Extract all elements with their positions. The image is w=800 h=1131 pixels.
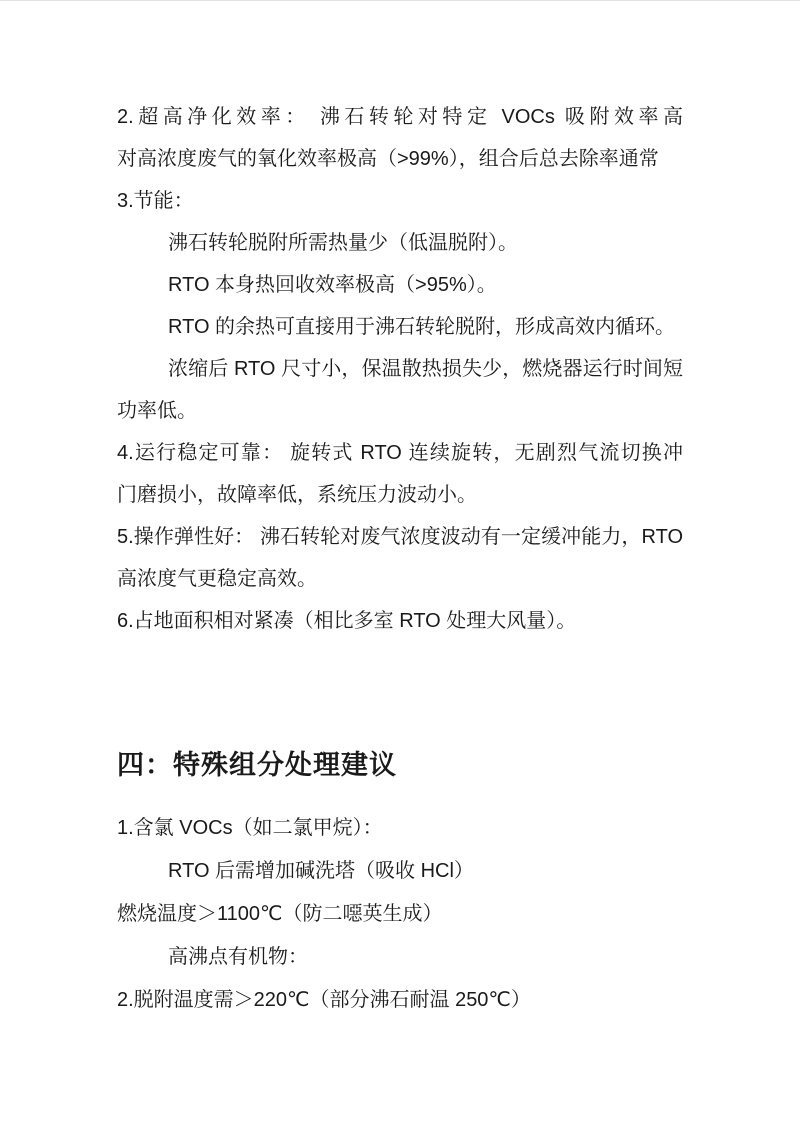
list-item-energy-2: RTO 本身热回收效率极高（>95%）。 bbox=[117, 264, 683, 306]
paragraph-line-efficiency-2: 对高浓度废气的氧化效率极高（>99%），组合后总去除率通常>99%。 bbox=[117, 138, 683, 180]
paragraph-line-high-boiling: 高沸点有机物： bbox=[117, 936, 683, 979]
paragraph-line-efficiency-1: 2.超高净化效率： 沸石转轮对特定 VOCs 吸附效率高（>90%），RTO bbox=[117, 96, 683, 138]
document-body: 2.超高净化效率： 沸石转轮对特定 VOCs 吸附效率高（>90%），RTO 对… bbox=[117, 96, 683, 1022]
paragraph-line-stability-2: 门磨损小，故障率低，系统压力波动小。 bbox=[117, 474, 683, 516]
paragraph-line-stability-1: 4.运行稳定可靠： 旋转式 RTO 连续旋转，无剧烈气流切换冲击，阀 bbox=[117, 432, 683, 474]
paragraph-line-chlorinated-vocs: 1.含氯 VOCs（如二氯甲烷）： bbox=[117, 807, 683, 850]
list-item-caustic-scrubber: RTO 后需增加碱洗塔（吸收 HCl） bbox=[117, 850, 683, 893]
paragraph-line-footprint: 6.占地面积相对紧凑（相比多室 RTO 处理大风量）。 bbox=[117, 600, 683, 642]
paragraph-line-combustion-temp: 燃烧温度＞1100℃（防二噁英生成） bbox=[117, 893, 683, 936]
section-heading: 四：特殊组分处理建议 bbox=[117, 743, 683, 787]
list-item-energy-3: RTO 的余热可直接用于沸石转轮脱附，形成高效内循环。 bbox=[117, 306, 683, 348]
section-special-components: 1.含氯 VOCs（如二氯甲烷）： RTO 后需增加碱洗塔（吸收 HCl） 燃烧… bbox=[117, 807, 683, 1022]
list-item-energy-1: 沸石转轮脱附所需热量少（低温脱附）。 bbox=[117, 222, 683, 264]
paragraph-line-flexibility-2: 高浓度气更稳定高效。 bbox=[117, 558, 683, 600]
paragraph-line-desorption-temp: 2.脱附温度需＞220℃（部分沸石耐温 250℃） bbox=[117, 979, 683, 1022]
list-item-energy-4-line-2: 功率低。 bbox=[117, 390, 683, 432]
paragraph-line-energy-title: 3.节能： bbox=[117, 180, 683, 222]
document-page: 2.超高净化效率： 沸石转轮对特定 VOCs 吸附效率高（>90%），RTO 对… bbox=[0, 0, 800, 1131]
paragraph-line-flexibility-1: 5.操作弹性好： 沸石转轮对废气浓度波动有一定缓冲能力，RTO 处理 bbox=[117, 516, 683, 558]
list-item-energy-4-line-1: 浓缩后 RTO 尺寸小，保温散热损失少，燃烧器运行时间短或 bbox=[117, 348, 683, 390]
